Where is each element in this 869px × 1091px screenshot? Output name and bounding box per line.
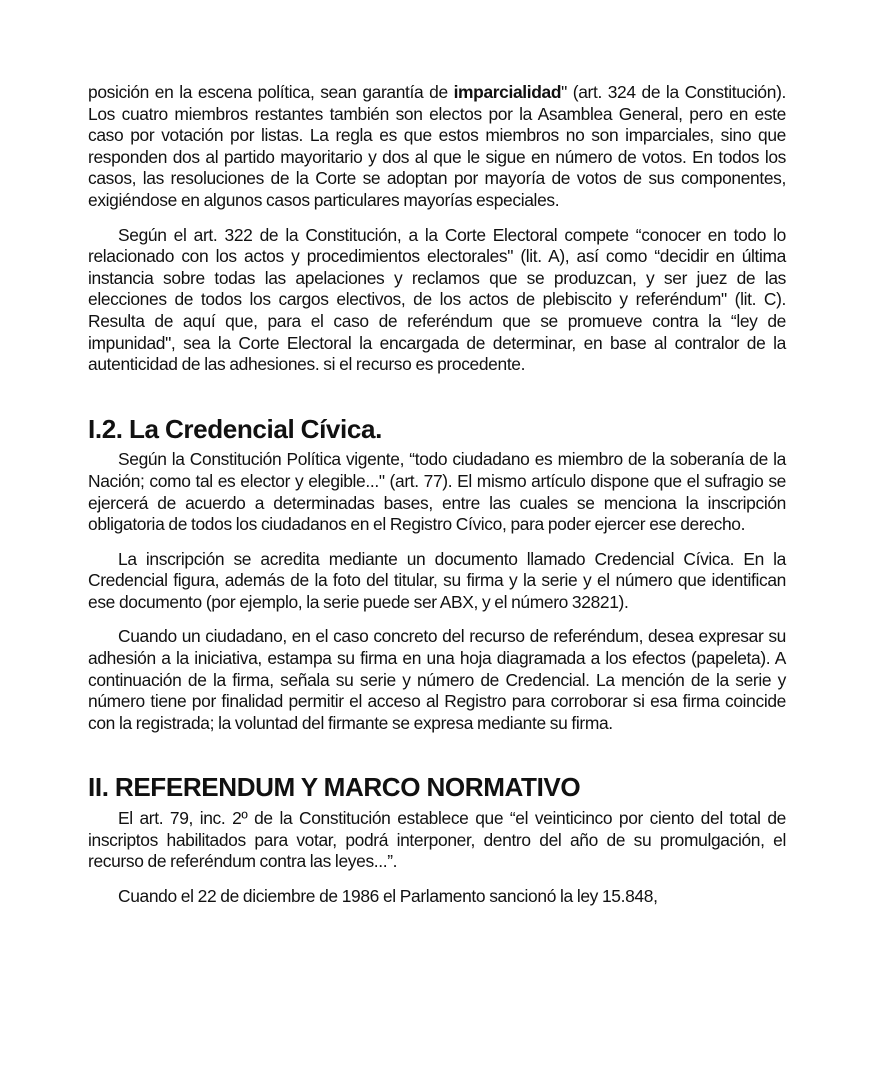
paragraph-text: posición en la escena política, sean gar… — [88, 82, 454, 102]
section-spacer — [88, 734, 786, 777]
paragraph-spacer — [88, 613, 786, 626]
paragraph-spacer — [88, 212, 786, 225]
paragraph-ley-15848: Cuando el 22 de diciembre de 1986 el Par… — [88, 886, 786, 908]
bold-term-imparcialidad: imparcialidad — [454, 82, 562, 102]
paragraph-inscripcion: La inscripción se acredita mediante un d… — [88, 549, 786, 614]
paragraph-spacer — [88, 536, 786, 549]
paragraph-adhesion-firma: Cuando un ciudadano, en el caso concreto… — [88, 626, 786, 734]
section-spacer — [88, 376, 786, 419]
section-heading-credencial-civica: I.2. La Credencial Cívica. — [88, 419, 786, 441]
section-heading-referendum-marco-normativo: II. REFERENDUM Y MARCO NORMATIVO — [88, 777, 786, 799]
paragraph-corte-electoral-composition: posición en la escena política, sean gar… — [88, 82, 786, 212]
paragraph-spacer — [88, 873, 786, 886]
paragraph-constitucion-art-77: Según la Constitución Política vigente, … — [88, 449, 786, 535]
paragraph-art-322: Según el art. 322 de la Constitución, a … — [88, 225, 786, 376]
paragraph-art-79: El art. 79, inc. 2º de la Constitución e… — [88, 808, 786, 873]
document-page: posición en la escena política, sean gar… — [88, 82, 786, 907]
